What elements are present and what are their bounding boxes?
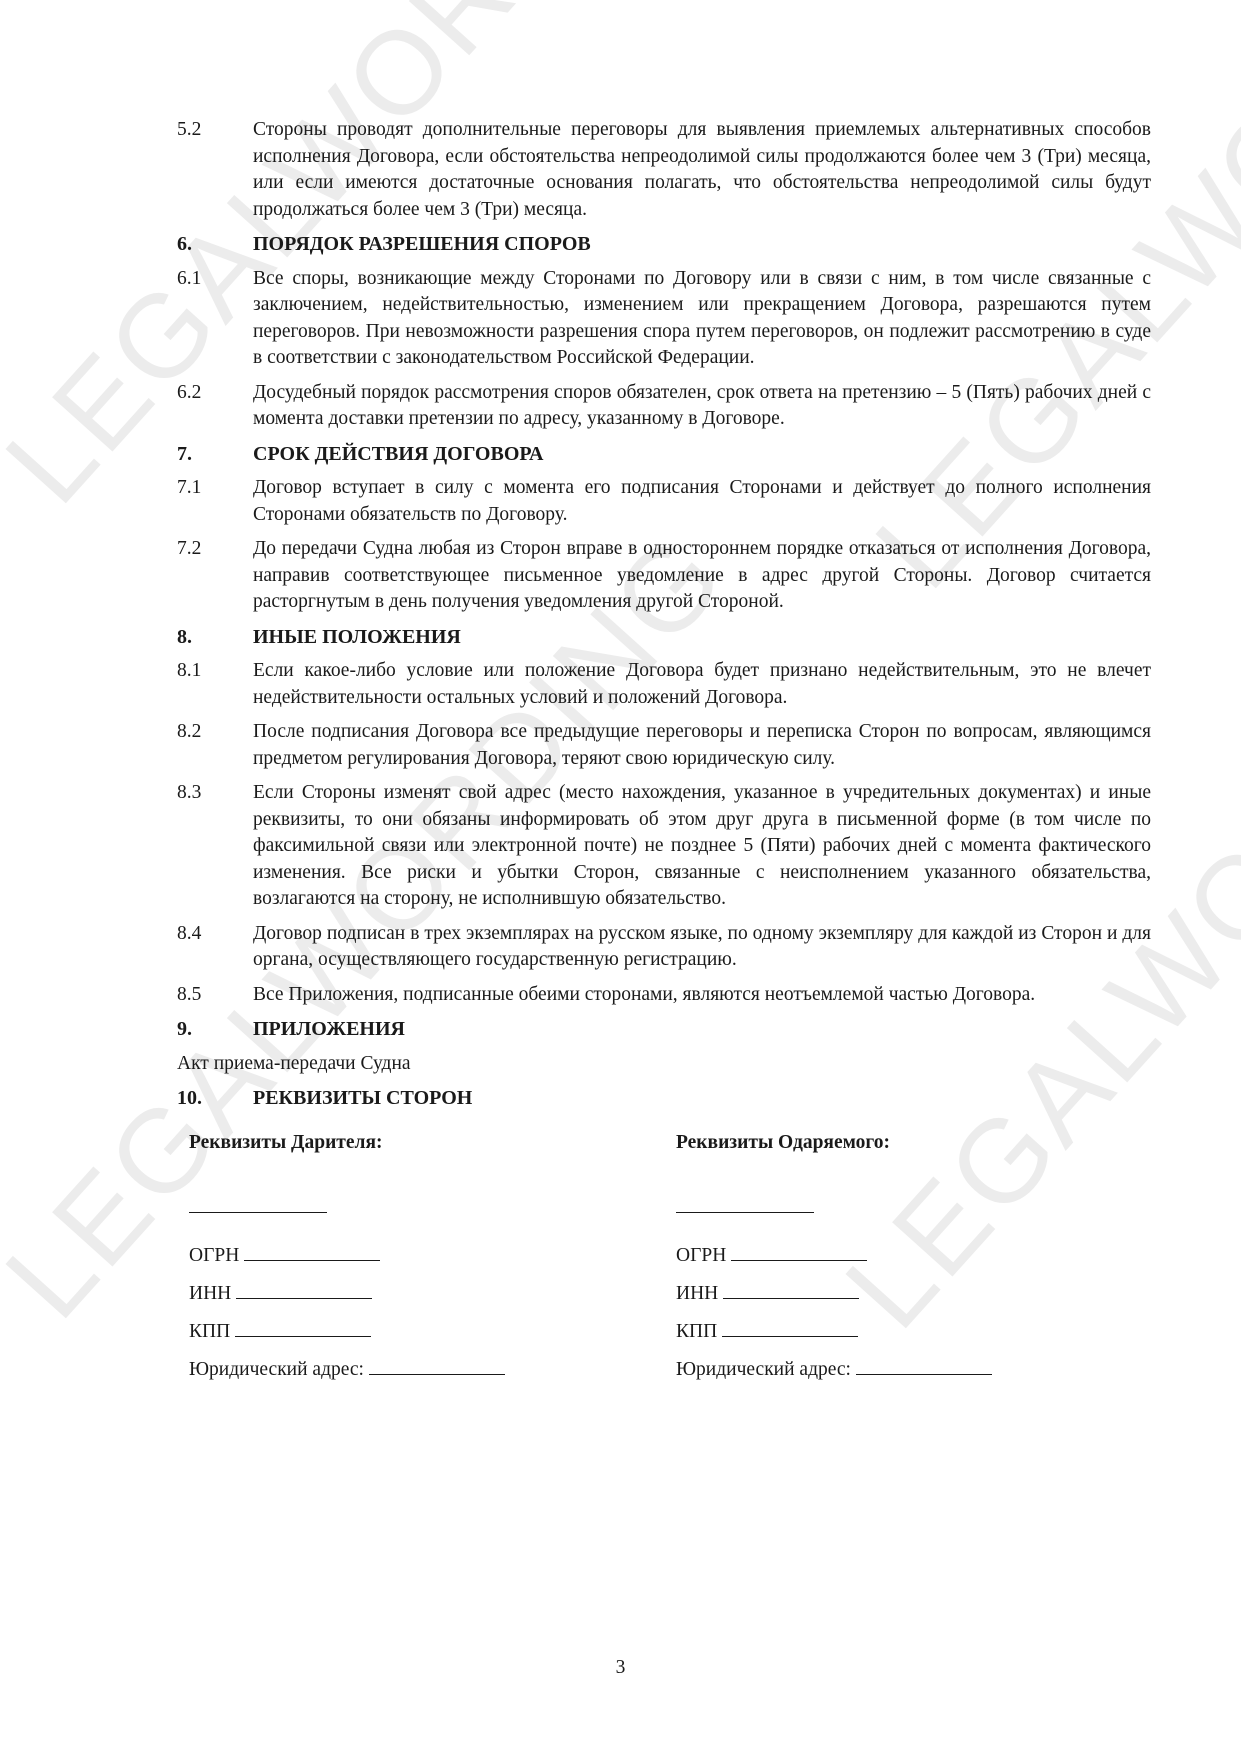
section-number: 9. [177, 1016, 253, 1043]
section-title: ПРИЛОЖЕНИЯ [253, 1016, 405, 1043]
document-body: 5.2Стороны проводят дополнительные перег… [177, 117, 1151, 1392]
clause-number: 8.2 [177, 719, 253, 772]
section-title: СРОК ДЕЙСТВИЯ ДОГОВОРА [253, 441, 543, 468]
clause-number: 6.1 [177, 266, 253, 372]
section-heading: 8.ИНЫЕ ПОЛОЖЕНИЯ [177, 624, 1151, 651]
clause: 8.5Все Приложения, подписанные обеими ст… [177, 982, 1151, 1009]
clause-text: Договор подписан в трех экземплярах на р… [253, 921, 1151, 974]
recipient-kpp-field: КПП [676, 1316, 1151, 1342]
clause: 7.1Договор вступает в силу с момента его… [177, 475, 1151, 528]
donor-ogrn-field: ОГРН [189, 1240, 664, 1266]
clause-text: Если Стороны изменят свой адрес (место н… [253, 780, 1151, 913]
clause-text: После подписания Договора все предыдущие… [253, 719, 1151, 772]
clause: 8.2После подписания Договора все предыду… [177, 719, 1151, 772]
clause-number: 6.2 [177, 380, 253, 433]
clause: 6.2Досудебный порядок рассмотрения споро… [177, 380, 1151, 433]
recipient-address-field: Юридический адрес: [676, 1354, 1151, 1380]
blank-line [856, 1354, 992, 1375]
clause-text: Досудебный порядок рассмотрения споров о… [253, 380, 1151, 433]
clause: 7.2До передачи Судна любая из Сторон впр… [177, 536, 1151, 616]
clause-text: Договор вступает в силу с момента его по… [253, 475, 1151, 528]
clause-text: Стороны проводят дополнительные перегово… [253, 117, 1151, 223]
donor-requisites-title: Реквизиты Дарителя: [189, 1130, 664, 1157]
clause-text: Все споры, возникающие между Сторонами п… [253, 266, 1151, 372]
clause-number: 7.2 [177, 536, 253, 616]
clause: 8.3Если Стороны изменят свой адрес (мест… [177, 780, 1151, 913]
clause-number: 8.3 [177, 780, 253, 913]
section-heading: 6.ПОРЯДОК РАЗРЕШЕНИЯ СПОРОВ [177, 231, 1151, 258]
clause: 5.2Стороны проводят дополнительные перег… [177, 117, 1151, 223]
donor-kpp-field: КПП [189, 1316, 664, 1342]
section-title: ПОРЯДОК РАЗРЕШЕНИЯ СПОРОВ [253, 231, 591, 258]
donor-requisites: Реквизиты Дарителя: ОГРН ИНН КПП Юридиче… [177, 1130, 664, 1392]
contract-sections: 5.2Стороны проводят дополнительные перег… [177, 117, 1151, 1112]
document-page: LEGALWORDING LEGALWORDING LEGALWORDING L… [0, 0, 1241, 1754]
blank-line [235, 1316, 371, 1337]
blank-line [369, 1354, 505, 1375]
appendix-item: Акт приема-передачи Судна [177, 1051, 1151, 1078]
recipient-ogrn-field: ОГРН [676, 1240, 1151, 1266]
section-number: 6. [177, 231, 253, 258]
recipient-requisites: Реквизиты Одаряемого: ОГРН ИНН КПП Юриди… [664, 1130, 1151, 1392]
section-heading: 9.ПРИЛОЖЕНИЯ [177, 1016, 1151, 1043]
recipient-requisites-title: Реквизиты Одаряемого: [676, 1130, 1151, 1157]
clause-text: Если какое-либо условие или положение До… [253, 658, 1151, 711]
clause: 8.1Если какое-либо условие или положение… [177, 658, 1151, 711]
donor-signature-line [189, 1192, 327, 1213]
clause: 8.4Договор подписан в трех экземплярах н… [177, 921, 1151, 974]
clause-number: 8.4 [177, 921, 253, 974]
donor-address-field: Юридический адрес: [189, 1354, 664, 1380]
section-title: ИНЫЕ ПОЛОЖЕНИЯ [253, 624, 461, 651]
section-title: РЕКВИЗИТЫ СТОРОН [253, 1085, 472, 1112]
section-heading: 7.СРОК ДЕЙСТВИЯ ДОГОВОРА [177, 441, 1151, 468]
clause: 6.1Все споры, возникающие между Сторонам… [177, 266, 1151, 372]
blank-line [723, 1278, 859, 1299]
section-heading: 10.РЕКВИЗИТЫ СТОРОН [177, 1085, 1151, 1112]
clause-number: 5.2 [177, 117, 253, 223]
clause-number: 8.5 [177, 982, 253, 1009]
clause-number: 7.1 [177, 475, 253, 528]
section-number: 10. [177, 1085, 253, 1112]
blank-line [722, 1316, 858, 1337]
clause-number: 8.1 [177, 658, 253, 711]
blank-line [731, 1240, 867, 1261]
clause-text: Все Приложения, подписанные обеими сторо… [253, 982, 1151, 1009]
section-number: 7. [177, 441, 253, 468]
blank-line [236, 1278, 372, 1299]
clause-text: До передачи Судна любая из Сторон вправе… [253, 536, 1151, 616]
blank-line [244, 1240, 380, 1261]
section-number: 8. [177, 624, 253, 651]
page-number: 3 [0, 1655, 1241, 1682]
party-requisites: Реквизиты Дарителя: ОГРН ИНН КПП Юридиче… [177, 1130, 1151, 1392]
recipient-signature-line [676, 1192, 814, 1213]
donor-inn-field: ИНН [189, 1278, 664, 1304]
recipient-inn-field: ИНН [676, 1278, 1151, 1304]
